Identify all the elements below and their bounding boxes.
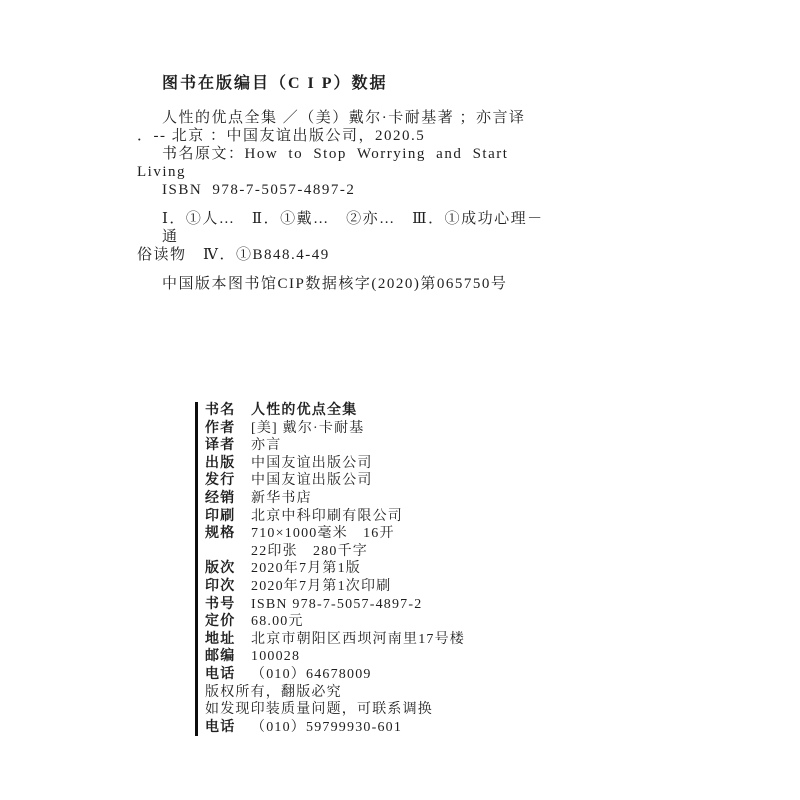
colophon-row-label: 印次: [205, 578, 251, 596]
colophon-row-value: 100028: [251, 648, 300, 666]
cip-original-title-line-1: 书名原文：How to Stop Worrying and Start: [137, 145, 547, 163]
colophon-row-label: 书名: [205, 402, 251, 420]
colophon-row-value: 2020年7月第1版: [251, 560, 361, 578]
colophon-row: 印刷北京中科印刷有限公司: [205, 508, 615, 526]
colophon-row-value: 人性的优点全集: [251, 402, 357, 420]
colophon-row: 规格710×1000毫米 16开: [205, 525, 615, 543]
colophon-row-label: 作者: [205, 420, 251, 438]
colophon-row-value: 北京中科印刷有限公司: [251, 508, 403, 526]
cip-data-block: 图书在版编目（C I P）数据 人性的优点全集 ／（美）戴尔·卡耐基著 ；亦言译…: [137, 74, 547, 293]
colophon-row: 出版中国友谊出版公司: [205, 455, 615, 473]
colophon-row: 版权所有，翻版必究: [205, 684, 615, 702]
colophon-block: 书名人性的优点全集作者[美] 戴尔·卡耐基译者亦言出版中国友谊出版公司发行中国友…: [195, 402, 615, 736]
colophon-row: 定价68.00元: [205, 613, 615, 631]
colophon-row-value: （010）64678009: [251, 666, 372, 684]
colophon-row-value: 中国友谊出版公司: [251, 472, 373, 490]
colophon-row-label: 地址: [205, 631, 251, 649]
colophon-row-text: 版权所有，翻版必究: [205, 684, 342, 702]
colophon-row: 印次2020年7月第1次印刷: [205, 578, 615, 596]
colophon-row: 书名人性的优点全集: [205, 402, 615, 420]
colophon-row-value: 2020年7月第1次印刷: [251, 578, 391, 596]
cip-title-line: 人性的优点全集 ／（美）戴尔·卡耐基著 ；亦言译: [137, 109, 547, 127]
colophon-row-label: 电话: [205, 719, 251, 737]
colophon-row: 如发现印装质量问题，可联系调换: [205, 701, 615, 719]
colophon-row-value: ISBN 978-7-5057-4897-2: [251, 596, 422, 614]
spacer: [137, 199, 547, 210]
colophon-row: 电话（010）64678009: [205, 666, 615, 684]
colophon-row-label: 经销: [205, 490, 251, 508]
cip-classification-line-1: Ⅰ．①人… Ⅱ．①戴… ②亦… Ⅲ．①成功心理－通: [137, 210, 547, 246]
colophon-row-value: 北京市朝阳区西坝河南里17号楼: [251, 631, 465, 649]
colophon-row: 地址北京市朝阳区西坝河南里17号楼: [205, 631, 615, 649]
colophon-row-label: 译者: [205, 437, 251, 455]
colophon-row: 电话（010）59799930-601: [205, 719, 615, 737]
colophon-table: 书名人性的优点全集作者[美] 戴尔·卡耐基译者亦言出版中国友谊出版公司发行中国友…: [195, 402, 615, 736]
colophon-row-value: 新华书店: [251, 490, 312, 508]
colophon-row-label: 出版: [205, 455, 251, 473]
colophon-row: 作者[美] 戴尔·卡耐基: [205, 420, 615, 438]
colophon-row: 译者亦言: [205, 437, 615, 455]
spacer: [137, 264, 547, 275]
colophon-row-value: 68.00元: [251, 613, 304, 631]
colophon-row-label: 定价: [205, 613, 251, 631]
cip-registration-line: 中国版本图书馆CIP数据核字(2020)第065750号: [137, 275, 547, 293]
colophon-row-value: （010）59799930-601: [251, 719, 402, 737]
colophon-row-label: 发行: [205, 472, 251, 490]
colophon-row-label: 书号: [205, 596, 251, 614]
colophon-row: 版次2020年7月第1版: [205, 560, 615, 578]
colophon-row-text: 如发现印装质量问题，可联系调换: [205, 701, 433, 719]
colophon-row-label: 电话: [205, 666, 251, 684]
colophon-row: 经销新华书店: [205, 490, 615, 508]
colophon-row-value: 亦言: [251, 437, 281, 455]
colophon-row-label: 印刷: [205, 508, 251, 526]
colophon-row-value: [美] 戴尔·卡耐基: [251, 420, 365, 438]
colophon-row: 邮编100028: [205, 648, 615, 666]
colophon-row-label: 规格: [205, 525, 251, 543]
cip-heading: 图书在版编目（C I P）数据: [137, 74, 547, 94]
book-copyright-page: 图书在版编目（C I P）数据 人性的优点全集 ／（美）戴尔·卡耐基著 ；亦言译…: [0, 0, 800, 800]
cip-classification-line-2: 俗读物 Ⅳ．①B848.4-49: [137, 246, 547, 264]
colophon-row-label: [205, 543, 251, 561]
colophon-row-label: 版次: [205, 560, 251, 578]
colophon-row: 22印张 280千字: [205, 543, 615, 561]
colophon-row-value: 710×1000毫米 16开: [251, 525, 395, 543]
cip-isbn-line: ISBN 978-7-5057-4897-2: [137, 181, 547, 199]
colophon-row-label: 邮编: [205, 648, 251, 666]
colophon-row-value: 22印张 280千字: [251, 543, 368, 561]
colophon-row-value: 中国友谊出版公司: [251, 455, 373, 473]
cip-original-title-line-2: Living: [137, 163, 547, 181]
colophon-row: 发行中国友谊出版公司: [205, 472, 615, 490]
colophon-row: 书号ISBN 978-7-5057-4897-2: [205, 596, 615, 614]
cip-publisher-line: ．-- 北京 ：中国友谊出版公司，2020.5: [137, 127, 547, 145]
